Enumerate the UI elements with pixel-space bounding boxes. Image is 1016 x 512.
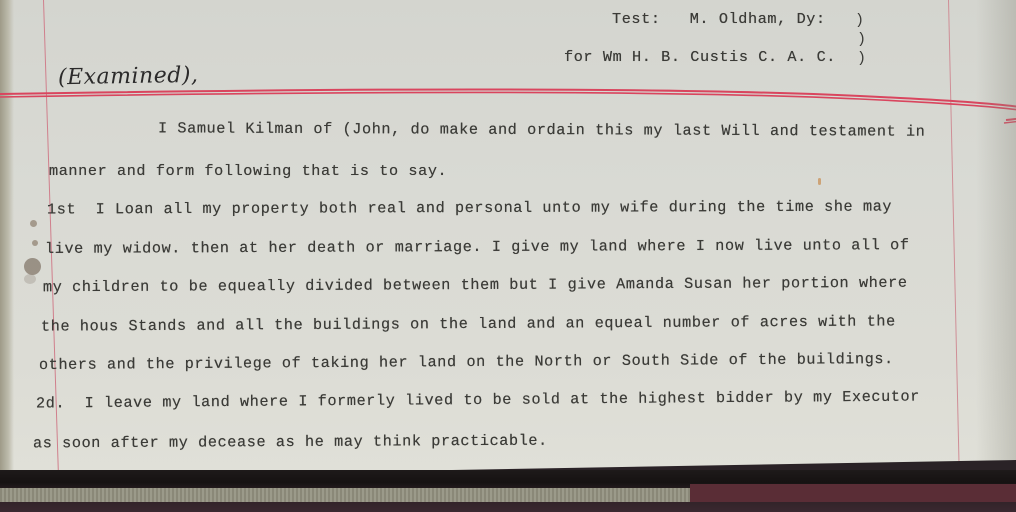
body-line-5: my children to be equeally divided betwe… xyxy=(43,274,908,297)
body-line-2: manner and form following that is to say… xyxy=(49,162,447,180)
right-margin-line xyxy=(948,0,960,465)
ink-stain xyxy=(32,240,38,246)
body-line-7: others and the privilege of taking her l… xyxy=(39,350,894,374)
ink-stain xyxy=(24,274,36,284)
bracket-2: ) xyxy=(857,31,866,48)
body-line-3: 1st I Loan all my property both real and… xyxy=(47,198,892,219)
body-line-1: I Samuel Kilman of (John, do make and or… xyxy=(158,119,925,140)
bracket-3: ) xyxy=(857,50,866,67)
handwritten-examined-note: (Examined), xyxy=(58,63,199,90)
attestation-for-line: for Wm H. B. Custis C. A. C. xyxy=(564,48,836,66)
ink-stain xyxy=(24,258,41,275)
book-cover-leather xyxy=(690,484,1016,502)
body-line-8: 2d. I leave my land where I formerly liv… xyxy=(36,388,920,413)
ink-stain xyxy=(30,220,37,227)
attestation-test-line: Test: M. Oldham, Dy: xyxy=(612,10,826,28)
body-line-4: live my widow. then at her death or marr… xyxy=(45,236,910,258)
ink-stain xyxy=(818,178,821,185)
body-line-9: as soon after my decease as he may think… xyxy=(33,432,548,453)
bracket-1: ) xyxy=(855,12,864,29)
document-page: Test: M. Oldham, Dy: for Wm H. B. Custis… xyxy=(0,0,1016,478)
body-line-6: the hous Stands and all the buildings on… xyxy=(41,312,896,335)
